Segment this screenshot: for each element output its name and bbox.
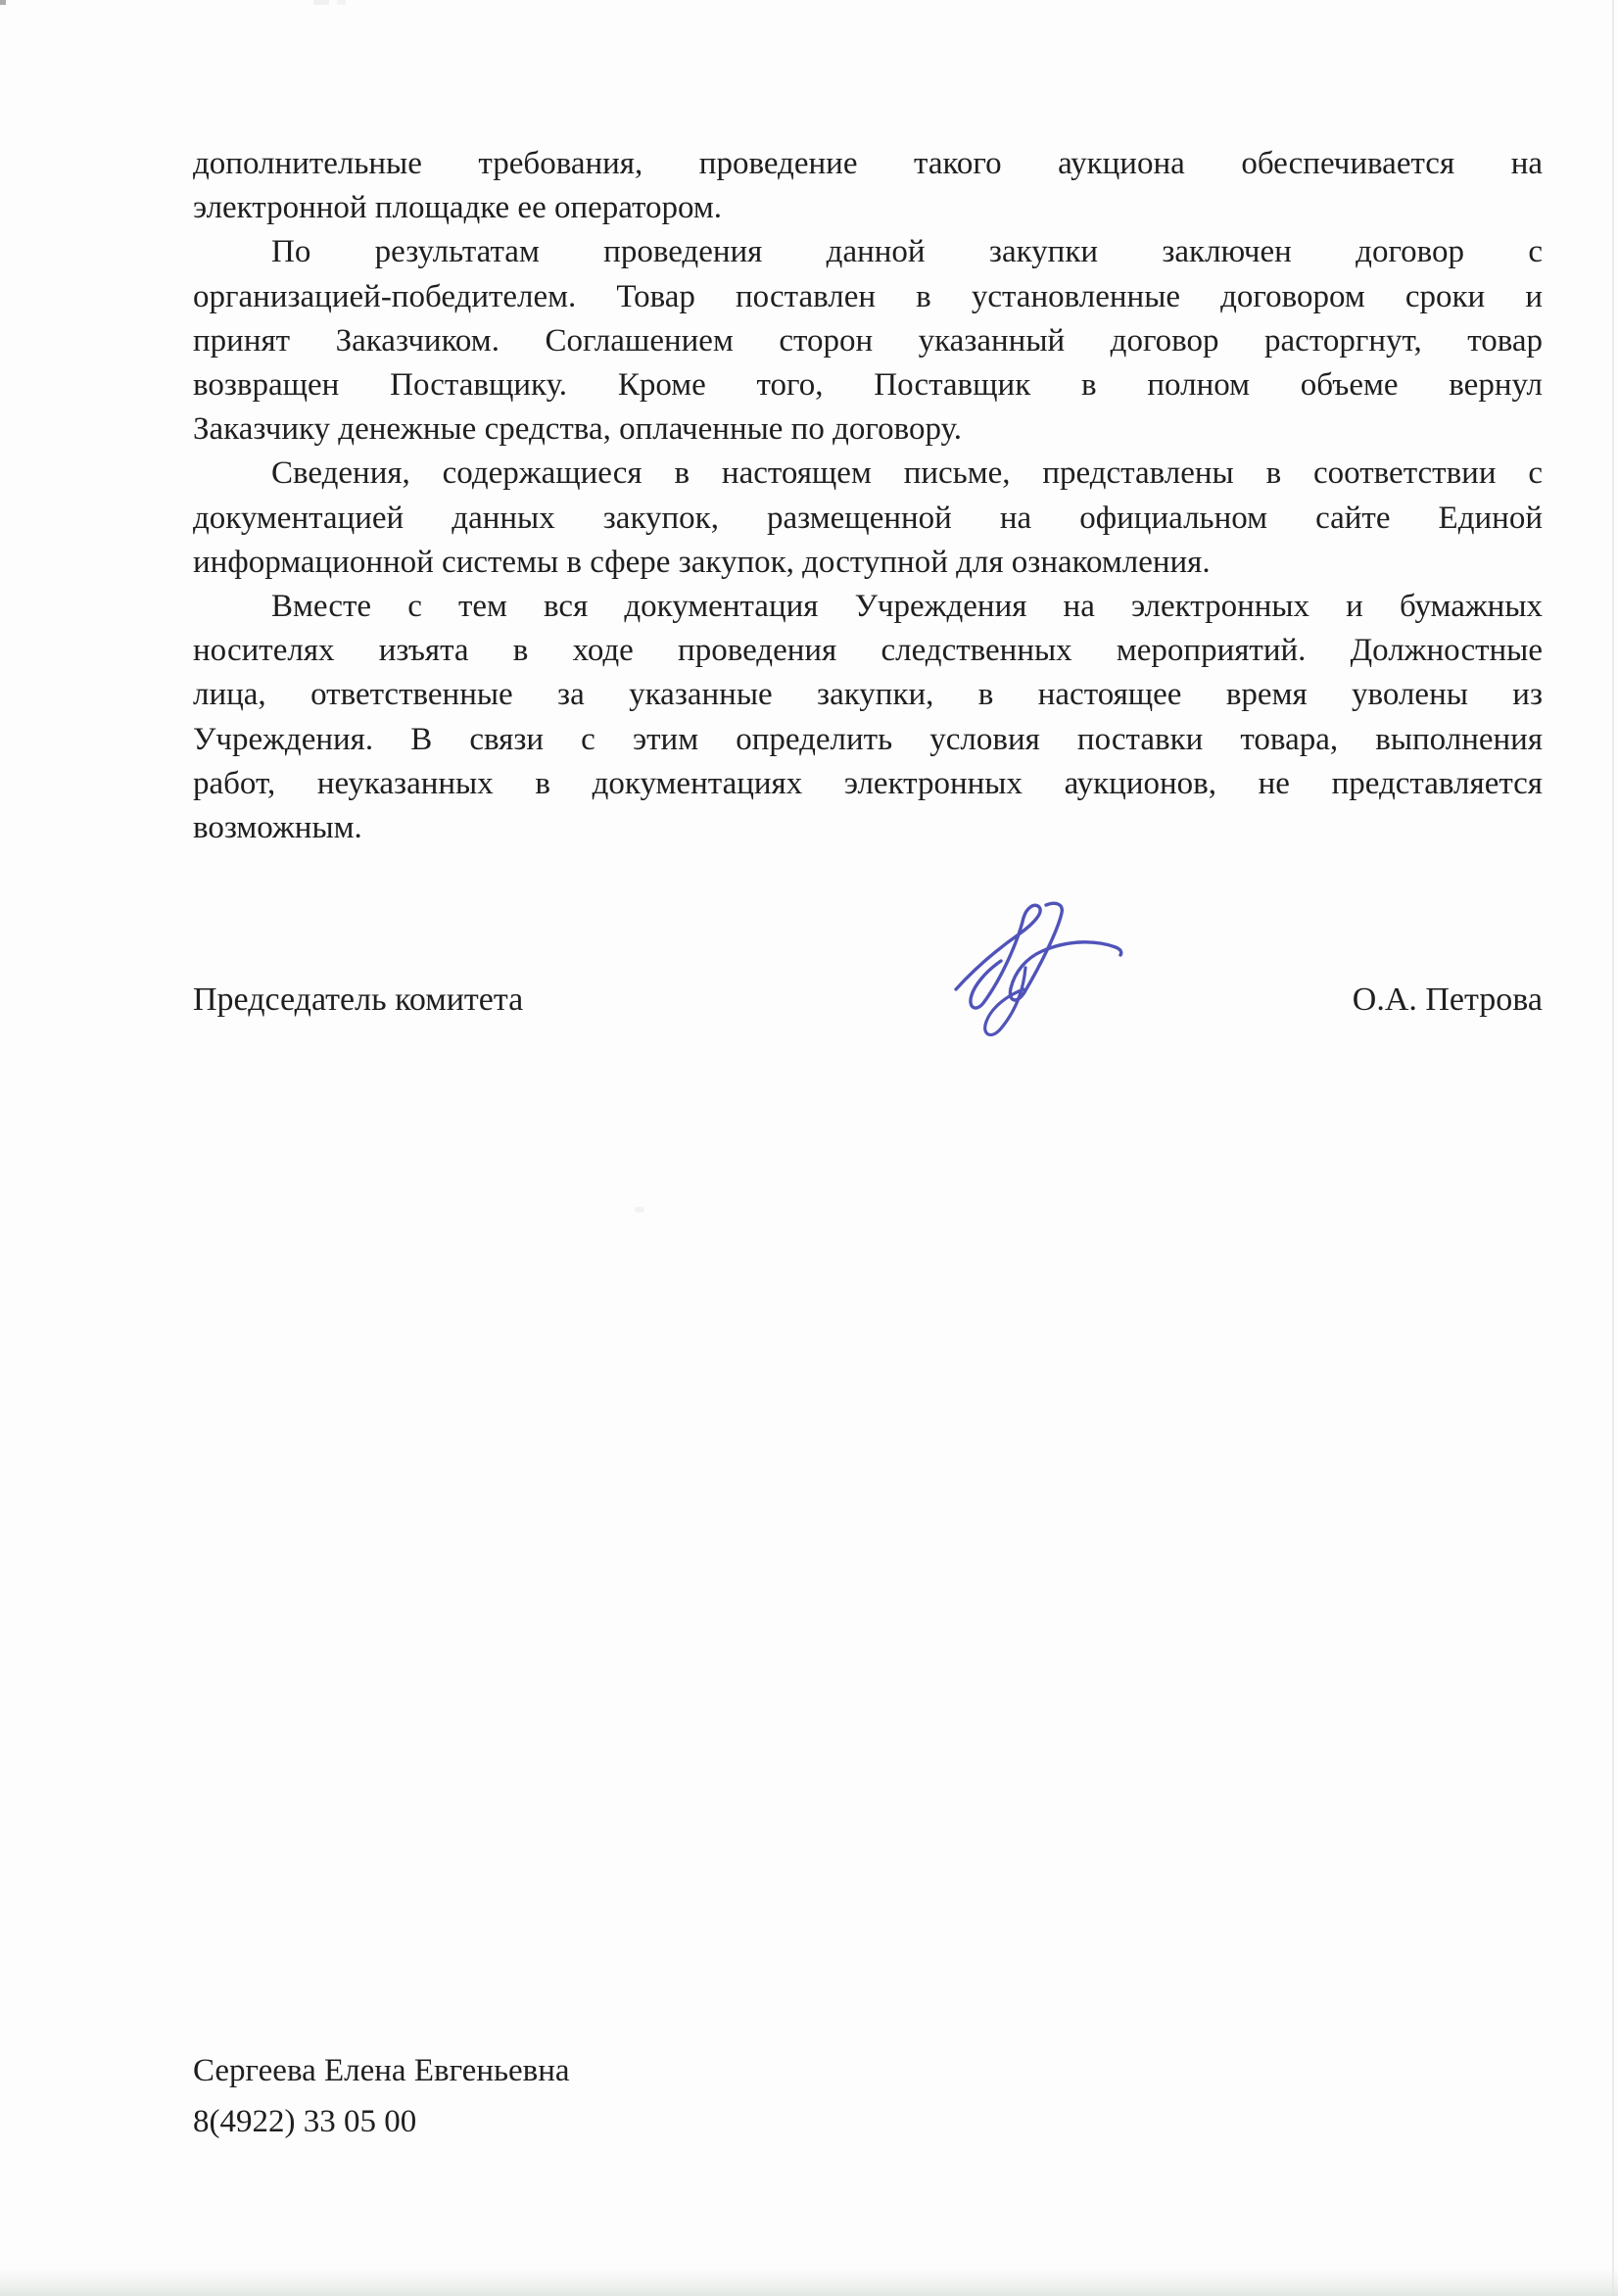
text-line: По результатам проведения данной закупки… (193, 230, 1543, 274)
text-line: возможным. (193, 806, 1543, 850)
handwritten-signature-icon (928, 899, 1149, 1090)
paragraph: Сведения, содержащиеся в настоящем письм… (193, 452, 1543, 585)
text-line: документацией данных закупок, размещенно… (193, 497, 1543, 541)
scan-speck (0, 0, 6, 5)
text-line: Заказчику денежные средства, оплаченные … (193, 407, 1543, 452)
scan-speck (313, 0, 329, 5)
text-line: Учреждения. В связи с этим определить ус… (193, 718, 1543, 762)
paragraph: По результатам проведения данной закупки… (193, 230, 1543, 452)
scan-edge-line (1612, 0, 1614, 2296)
paragraph: Вместе с тем вся документация Учреждения… (193, 585, 1543, 850)
text-line: Вместе с тем вся документация Учреждения… (193, 585, 1543, 629)
scan-bottom-shadow (0, 2269, 1618, 2296)
text-line: работ, неуказанных в документациях элект… (193, 762, 1543, 806)
text-line: возвращен Поставщику. Кроме того, Постав… (193, 363, 1543, 407)
text-line: информационной системы в сфере закупок, … (193, 541, 1543, 585)
text-line: лица, ответственные за указанные закупки… (193, 673, 1543, 717)
signer-name: О.А. Петрова (1353, 981, 1543, 1019)
signer-title: Председатель комитета (193, 981, 523, 1019)
scan-speck (337, 0, 346, 5)
text-line: организацией-победителем. Товар поставле… (193, 275, 1543, 319)
letter-body: дополнительные требования, проведение та… (193, 142, 1543, 850)
text-line: электронной площадке ее оператором. (193, 186, 1543, 230)
text-line: дополнительные требования, проведение та… (193, 142, 1543, 186)
contact-name: Сергеева Елена Евгеньевна (193, 2045, 570, 2096)
contact-phone: 8(4922) 33 05 00 (193, 2096, 570, 2147)
paragraph: дополнительные требования, проведение та… (193, 142, 1543, 230)
text-line: принят Заказчиком. Соглашением сторон ук… (193, 319, 1543, 363)
contact-block: Сергеева Елена Евгеньевна 8(4922) 33 05 … (193, 2045, 570, 2147)
text-line: Сведения, содержащиеся в настоящем письм… (193, 452, 1543, 496)
text-line: носителях изъята в ходе проведения следс… (193, 629, 1543, 673)
scan-speck (635, 1207, 644, 1213)
signature-row: Председатель комитета О.А. Петрова (193, 981, 1543, 1019)
document-page: дополнительные требования, проведение та… (0, 0, 1618, 2296)
